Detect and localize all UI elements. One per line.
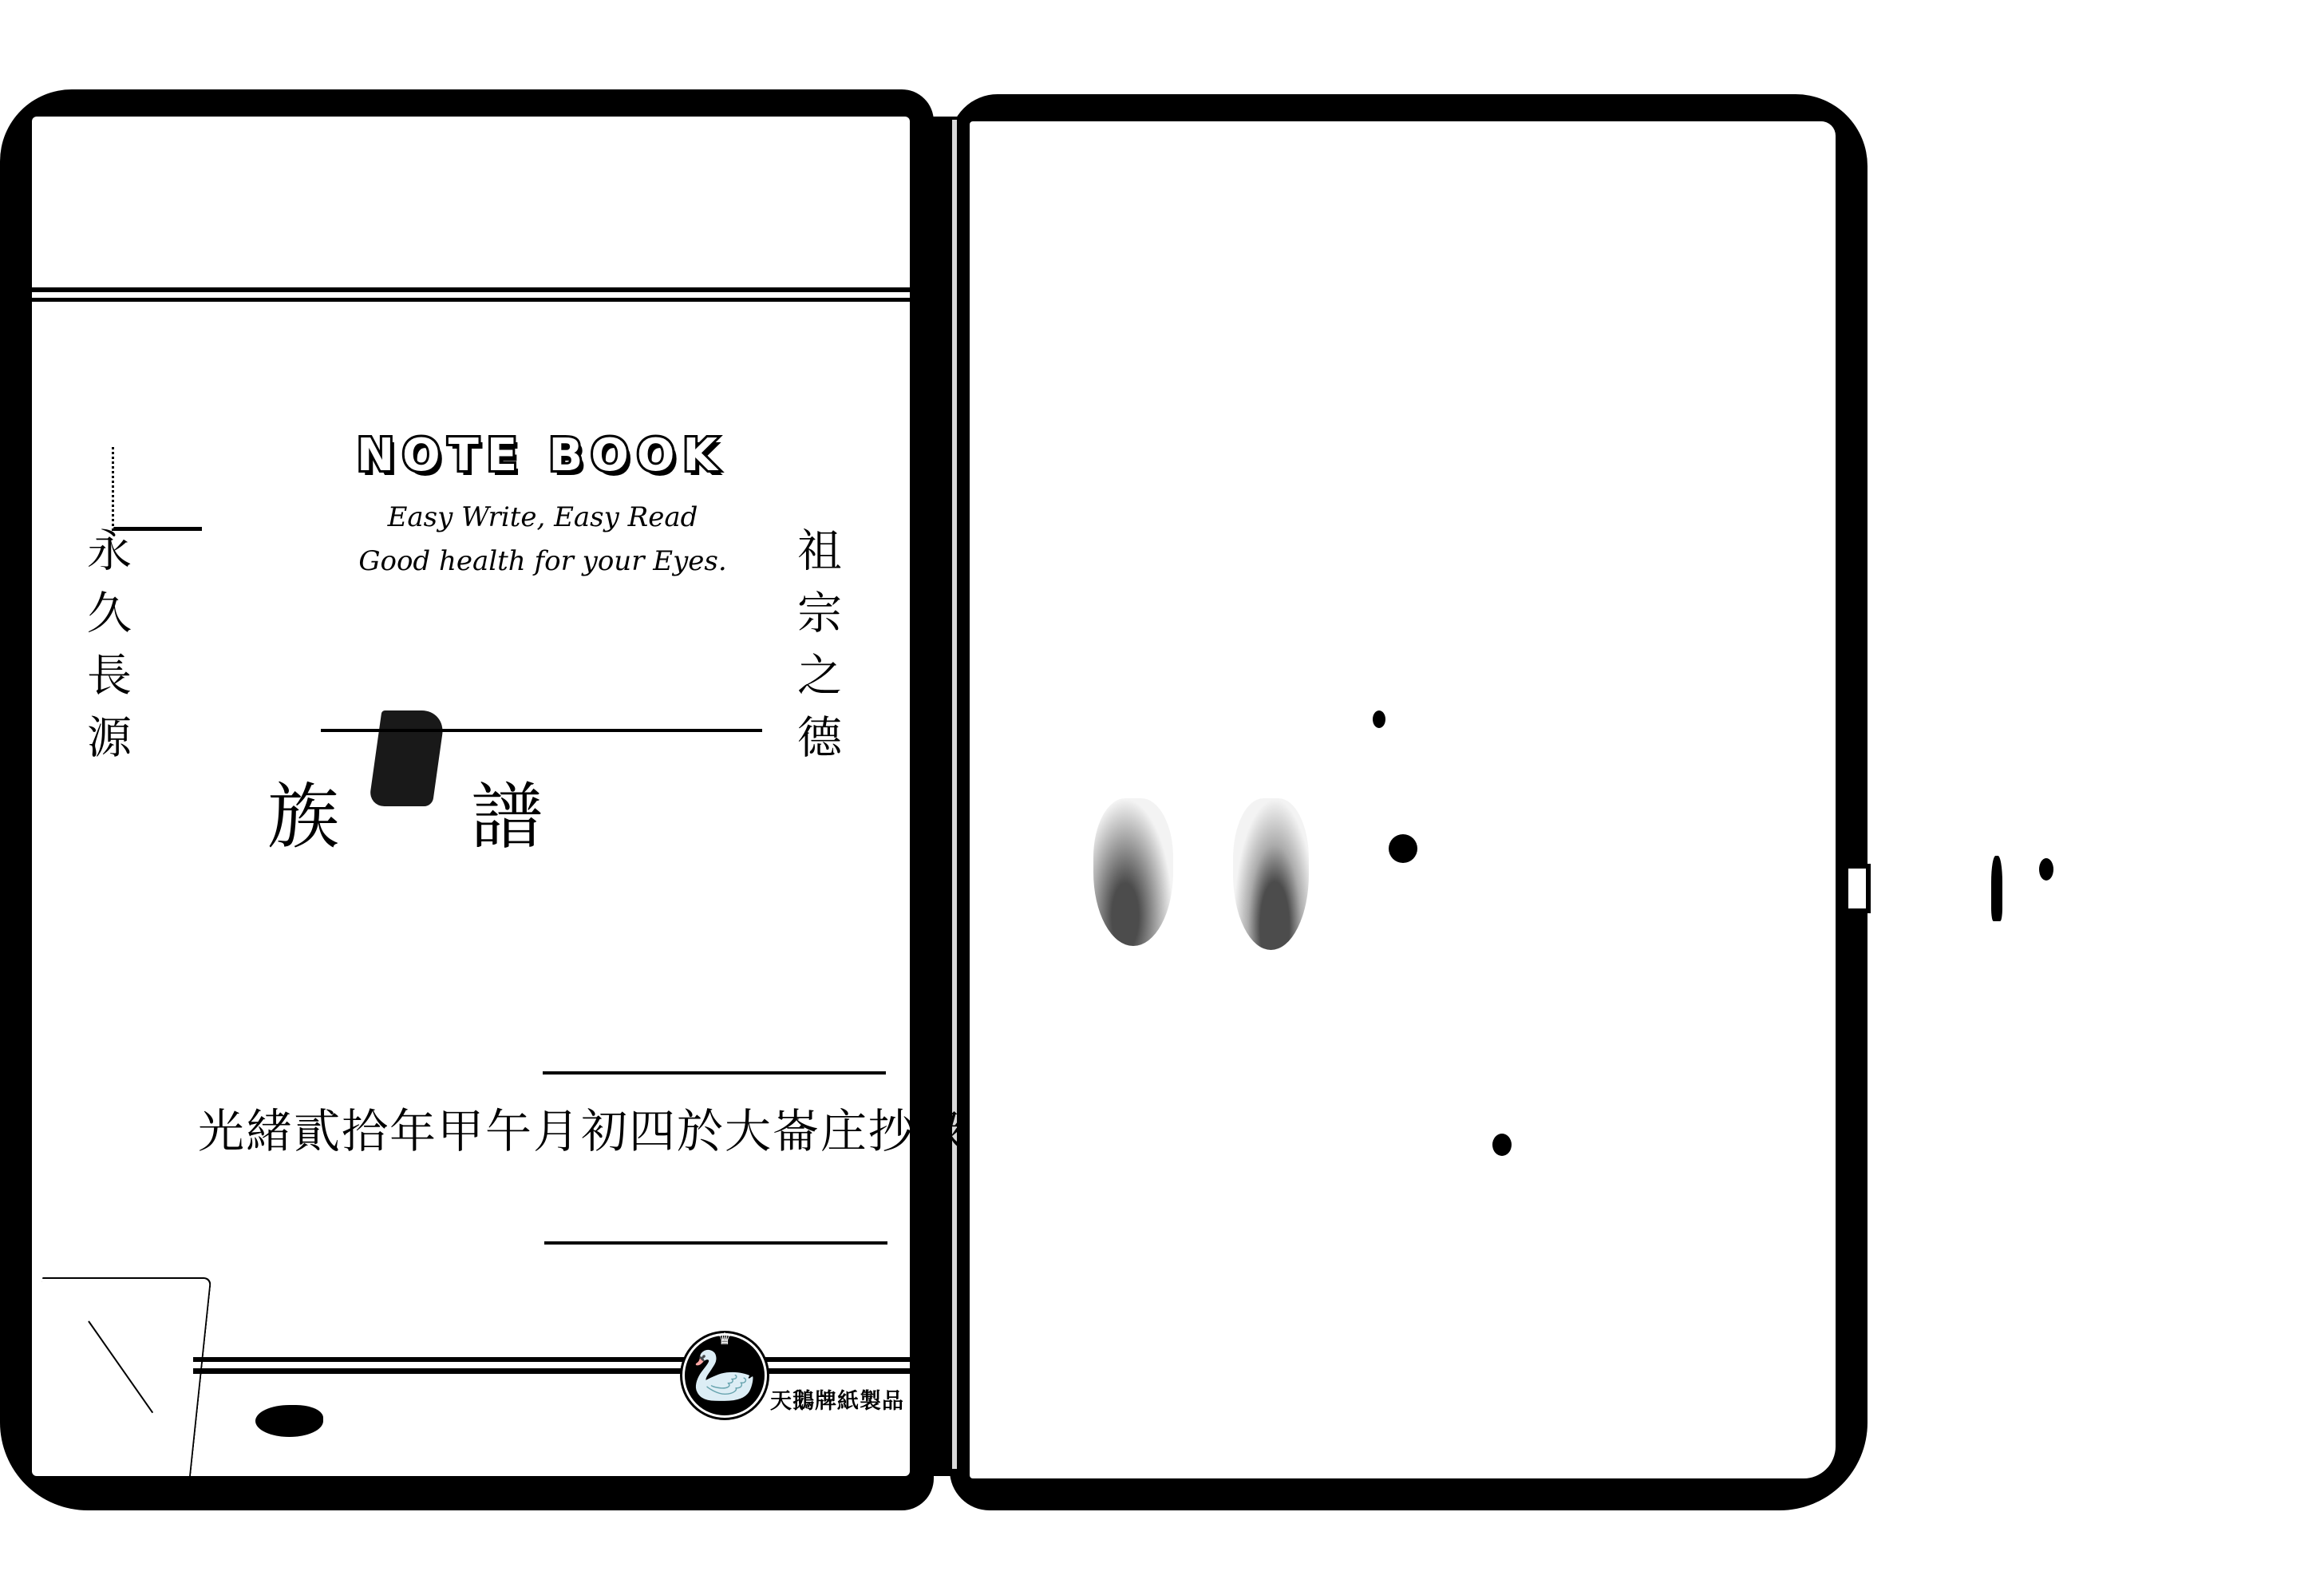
date-rule-bottom [544, 1241, 887, 1245]
notebook-title: NOTE BOOK [310, 429, 773, 481]
left-handwritten-motto: 永久長源 [73, 527, 137, 776]
page-edge-tab [1844, 864, 1871, 913]
ink-blot [255, 1405, 323, 1437]
swan-icon: 🦢 [685, 1342, 765, 1409]
torn-corner-crease [22, 1277, 211, 1478]
handwritten-title-char-1: 族 [267, 758, 339, 862]
right-blank-page [970, 121, 1836, 1478]
brand-label: 天鵝牌紙製品 [770, 1383, 904, 1415]
edge-ink-mark [2039, 858, 2053, 881]
ink-dot [1492, 1134, 1512, 1156]
right-handwritten-motto: 祖宗之德 [784, 527, 848, 776]
tagline-good-health: Good health for your Eyes. [351, 545, 734, 577]
swan-logo-icon: ♛ 🦢 [682, 1333, 767, 1418]
top-divider-rule-secondary [32, 298, 910, 302]
edge-ink-mark [1991, 856, 2002, 921]
spine-highlight [952, 120, 957, 1469]
fingerprint-smudge-left [1093, 798, 1173, 946]
bottom-divider-rule-secondary [193, 1368, 910, 1374]
handwritten-date-line: 光緒貳拾年甲午月初四於大崙庄抄錄 [198, 1094, 964, 1161]
handwritten-title-char-2: 譜 [471, 758, 543, 862]
ink-smudge [369, 710, 446, 806]
stamp-mark [112, 447, 202, 531]
tagline-easy-write: Easy Write, Easy Read [351, 501, 734, 533]
top-divider-rule [32, 287, 910, 292]
date-rule-top [543, 1071, 886, 1075]
ink-dot [1389, 834, 1417, 863]
bottom-divider-rule [193, 1357, 910, 1362]
ink-dot [1373, 710, 1385, 728]
fingerprint-smudge-right [1233, 798, 1309, 950]
